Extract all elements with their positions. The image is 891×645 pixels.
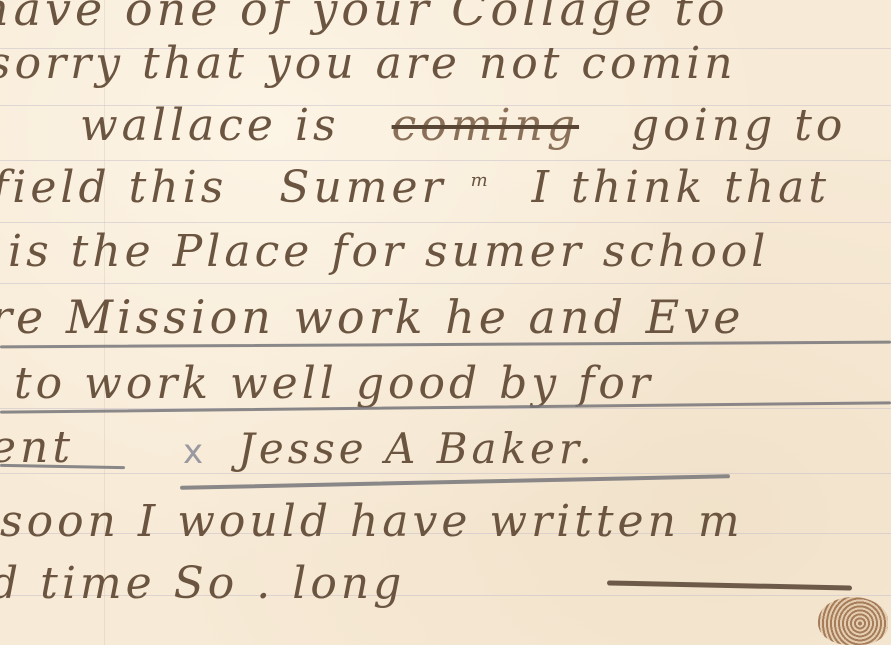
handwritten-line-10: d time So . long: [0, 558, 405, 609]
struck-out-word: coming: [392, 100, 579, 151]
handwritten-line-5: is the Place for sumer school: [8, 226, 769, 277]
letter-page: have one of your Collage to sorry that y…: [0, 0, 891, 645]
handwritten-line-2: sorry that you are not comin: [0, 38, 737, 89]
insertion-correction: m: [471, 170, 492, 191]
thumbprint-smudge: [818, 597, 888, 645]
ruled-line: [0, 222, 891, 223]
ruled-line: [0, 160, 891, 161]
ruled-line: [0, 283, 891, 284]
handwritten-line-1: have one of your Collage to: [0, 0, 729, 36]
handwritten-line-9: soon I would have written m: [0, 496, 744, 547]
handwritten-line-6: re Mission work he and Eve: [0, 290, 744, 344]
handwritten-line-7: to work well good by for: [14, 358, 654, 409]
handwritten-line-3: wallace is coming going to: [80, 100, 880, 151]
handwritten-line-4: field this Sumer m I think that: [0, 162, 864, 213]
closing-dash: [607, 580, 852, 590]
pencil-underline-signature: [180, 474, 730, 490]
ruled-line: [0, 473, 891, 474]
signature: Jesse A Baker.: [238, 424, 596, 473]
pencil-x-mark: x: [183, 432, 203, 472]
